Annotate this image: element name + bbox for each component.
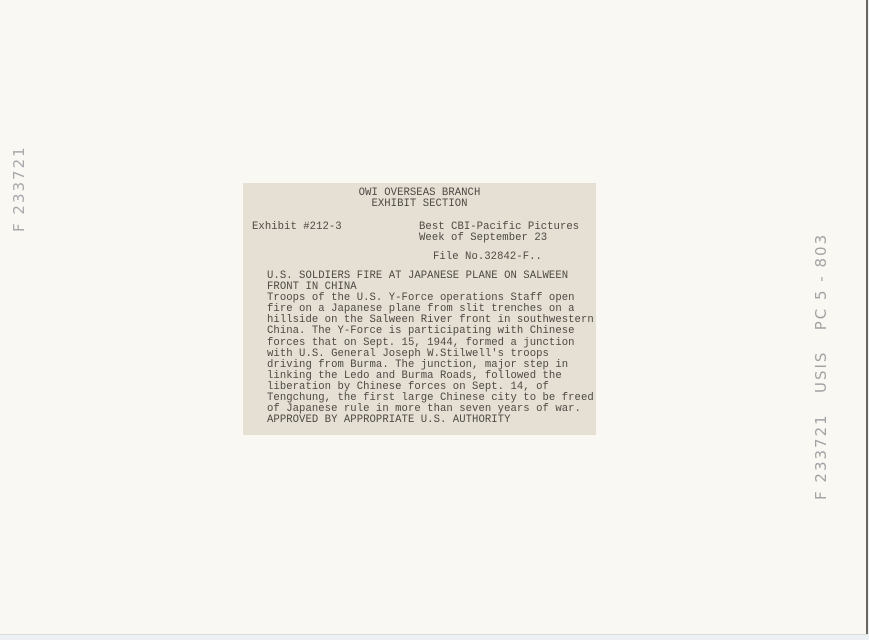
handwritten-catalog-number-right: F 233721 USIS PC 5 - 803 [812,233,830,500]
caption-text-line: forces that on Sept. 15, 1944, formed a … [267,338,597,349]
photo-back-page: F 233721 OWI OVERSEAS BRANCH EXHIBIT SEC… [0,0,868,634]
caption-body: U.S. SOLDIERS FIRE AT JAPANESE PLANE ON … [267,271,597,426]
file-number: File No.32842-F.. [433,252,542,263]
handwritten-catalog-number-left: F 233721 [10,145,28,232]
week-label: Week of September 23 [419,233,547,244]
caption-text-line: China. The Y-Force is participating with… [267,326,597,337]
approval-line: APPROVED BY APPROPRIATE U.S. AUTHORITY [267,415,597,426]
exhibit-number: Exhibit #212-3 [252,222,342,233]
typed-caption-card: OWI OVERSEAS BRANCH EXHIBIT SECTION Exhi… [243,183,596,435]
card-header-section: EXHIBIT SECTION [243,199,596,210]
